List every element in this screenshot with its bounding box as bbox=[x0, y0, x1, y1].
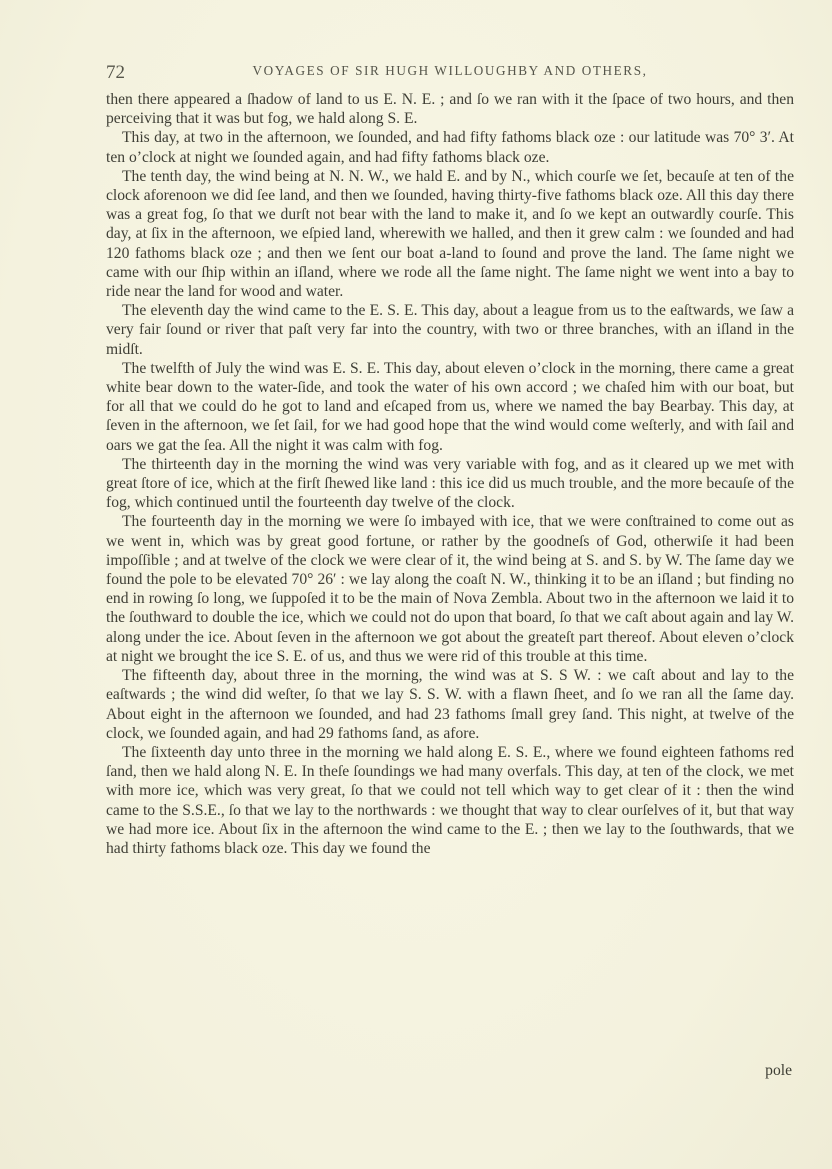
paragraph: then there appeared a ſhadow of land to … bbox=[106, 90, 794, 128]
page-header: 72 VOYAGES OF SIR HUGH WILLOUGHBY AND OT… bbox=[106, 60, 794, 84]
body-text: then there appeared a ſhadow of land to … bbox=[106, 90, 794, 858]
paragraph: The tenth day, the wind being at N. N. W… bbox=[106, 167, 794, 301]
paragraph: The twelfth of July the wind was E. S. E… bbox=[106, 359, 794, 455]
catchword: pole bbox=[765, 1062, 792, 1080]
paragraph: The ſixteenth day unto three in the morn… bbox=[106, 743, 794, 858]
paragraph: The thirteenth day in the morning the wi… bbox=[106, 455, 794, 513]
paragraph: The fifteenth day, about three in the mo… bbox=[106, 666, 794, 743]
book-page: 72 VOYAGES OF SIR HUGH WILLOUGHBY AND OT… bbox=[0, 0, 832, 1169]
paragraph: The fourteenth day in the morning we wer… bbox=[106, 512, 794, 666]
running-title: VOYAGES OF SIR HUGH WILLOUGHBY AND OTHER… bbox=[106, 63, 794, 79]
paragraph: The eleventh day the wind came to the E.… bbox=[106, 301, 794, 359]
paragraph: This day, at two in the afternoon, we ſo… bbox=[106, 128, 794, 166]
